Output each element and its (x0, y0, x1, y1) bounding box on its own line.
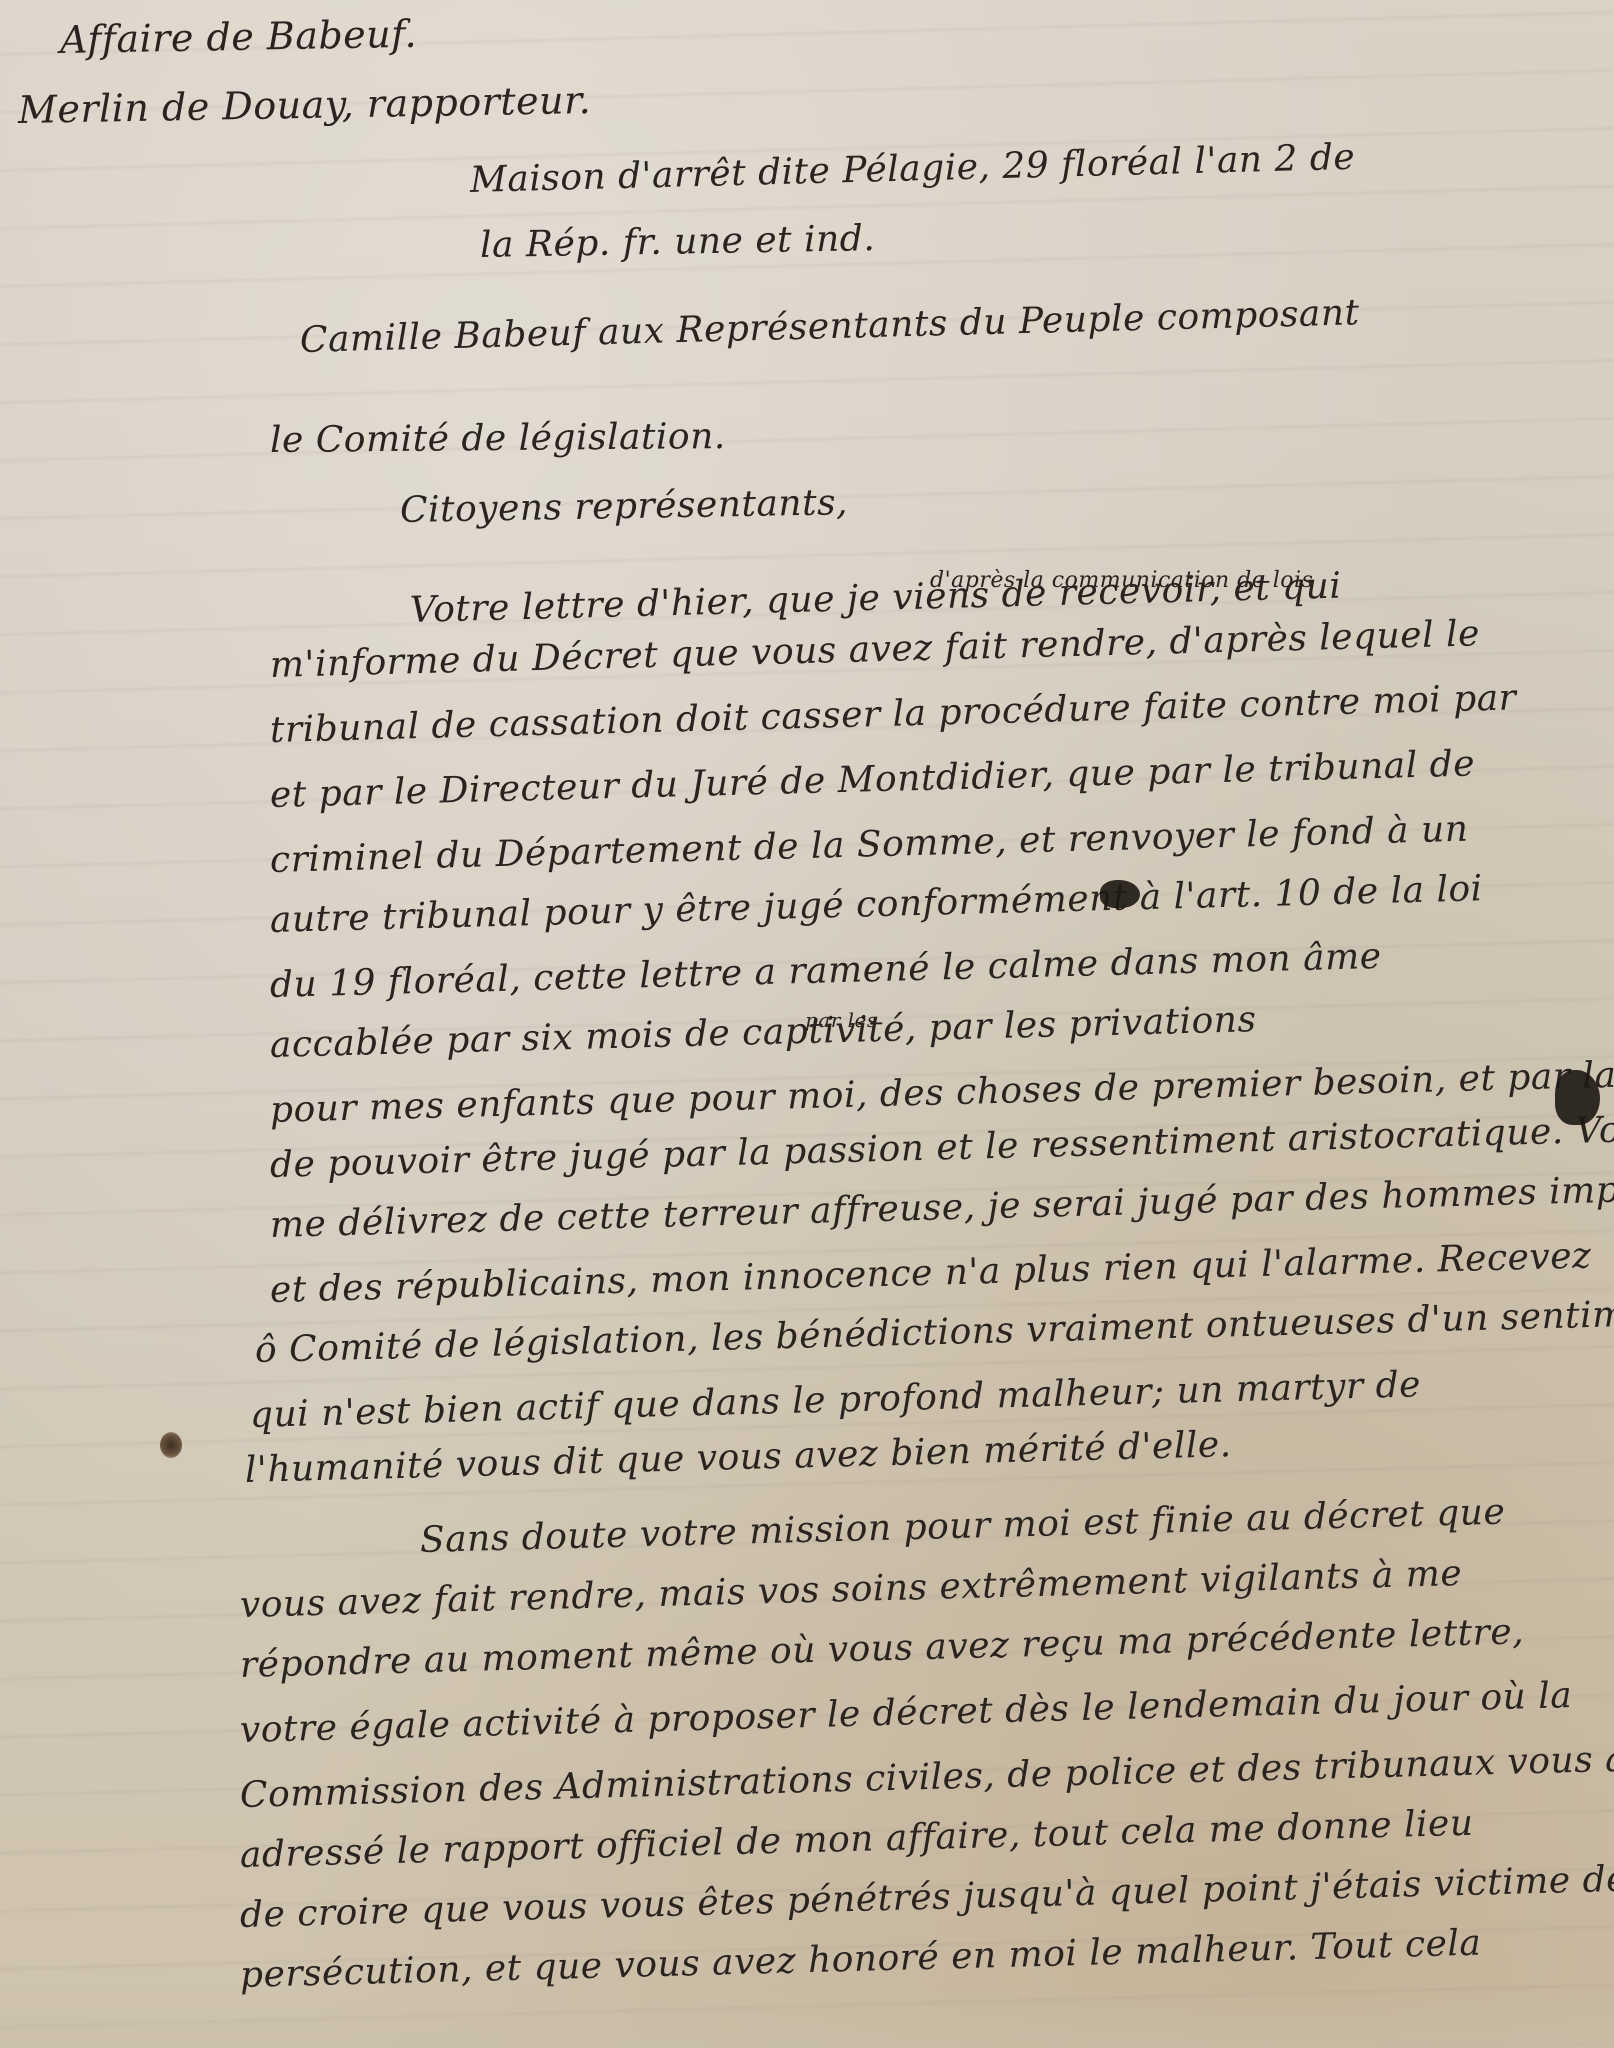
body-line: persécution, et que vous avez honoré en … (239, 1923, 1481, 1996)
address-line-1: Camille Babeuf aux Représentants du Peup… (299, 292, 1360, 361)
body-line: accablée par six mois de captivité, par … (269, 999, 1256, 1066)
body-line: adressé le rapport officiel de mon affai… (239, 1803, 1474, 1876)
body-line: votre égale activité à proposer le décre… (239, 1675, 1572, 1751)
address-line-2: le Comité de législation. (270, 416, 726, 461)
body-line: autre tribunal pour y être jugé conformé… (269, 868, 1483, 941)
place-date-line-2: la Rép. fr. une et ind. (480, 218, 876, 266)
salutation: Citoyens représentants, (400, 482, 849, 531)
body-line: Sans doute votre mission pour moi est fi… (419, 1492, 1505, 1561)
ink-blot (1555, 1070, 1600, 1125)
document-title: Affaire de Babeuf. (60, 12, 418, 62)
manuscript-page: Affaire de Babeuf. Merlin de Douay, rapp… (0, 0, 1614, 2048)
body-line: qui n'est bien actif que dans le profond… (249, 1364, 1421, 1436)
body-line: tribunal de cassation doit casser la pro… (269, 677, 1516, 751)
body-line: répondre au moment même où vous avez reç… (239, 1611, 1524, 1686)
body-line: criminel du Département de la Somme, et … (269, 809, 1468, 881)
ink-blot (1100, 880, 1140, 908)
rapporteur-line: Merlin de Douay, rapporteur. (18, 78, 592, 132)
body-line: et par le Directeur du Juré de Montdidie… (269, 743, 1475, 816)
body-line: vous avez fait rendre, mais vos soins ex… (239, 1553, 1462, 1626)
body-line: l'humanité vous dit que vous avez bien m… (244, 1424, 1232, 1491)
paper-edge (0, 1988, 1614, 2048)
place-date-line-1: Maison d'arrêt dite Pélagie, 29 floréal … (469, 137, 1355, 201)
paper-hole (160, 1432, 182, 1458)
body-line: du 19 floréal, cette lettre a ramené le … (269, 936, 1382, 1006)
